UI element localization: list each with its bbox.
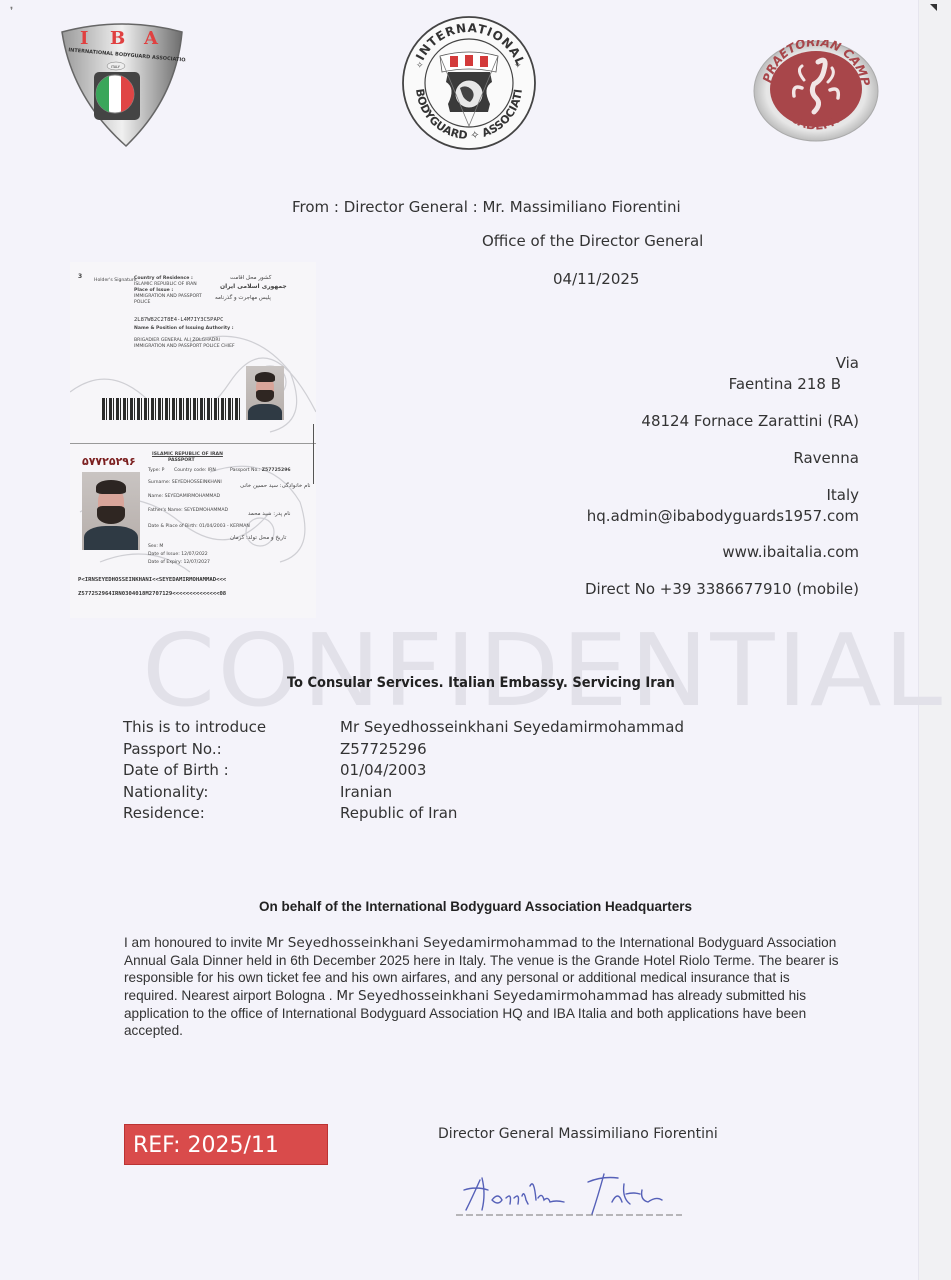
passport-persian-text: نام پدر: سید محمد [248,512,291,518]
from-line: From : Director General : Mr. Massimilia… [292,198,681,216]
passport-residence: ISLAMIC REPUBLIC OF IRAN [134,282,197,288]
passport-sex: Sex: M [148,544,163,550]
passport-father-name: Father's Name: SEYEDMOHAMMAD [148,508,228,514]
passport-edge-line [313,424,314,484]
address-country: Italy [826,486,859,504]
signature [452,1160,702,1220]
svg-text:✧: ✧ [514,61,522,71]
svg-text:A: A [143,28,159,49]
svg-text:ITALY: ITALY [111,65,121,69]
passport-page-divider [70,443,316,444]
passport-small-photo [246,366,284,420]
scan-speck: ❜ [10,6,13,17]
confidential-watermark: CONFIDENTIAL [142,612,944,729]
address-city: Ravenna [793,449,859,467]
detail-row: Date of Birth :01/04/2003 [123,760,684,782]
letter-date: 04/11/2025 [553,270,639,288]
address-street-prefix: Via [836,354,859,372]
applicant-details: This is to introduceMr Seyedhosseinkhani… [123,717,684,825]
passport-type: Type: P [148,468,164,474]
passport-issue-place: IMMIGRATION AND PASSPORT POLICE [134,294,204,305]
passport-page-number: 3 [78,274,82,280]
praetorian-camp-academy-badge: PRAETORIAN CAMP ACADEMY [752,40,880,142]
detail-row: This is to introduceMr Seyedhosseinkhani… [123,717,684,739]
corner-mark [930,4,937,11]
invitee-name: Mr Seyedhosseinkhani Seyedamirmohammad [336,988,648,1004]
passport-persian-text: تاریخ و محل تولد: کرمان [230,536,286,542]
passport-header-sub: PASSPORT [168,458,195,464]
detail-row: Passport No.:Z57725296 [123,739,684,761]
reference-box: REF: 2025/11 [124,1124,328,1165]
passport-given-name: Name: SEYEDAMIRMOHAMMAD [148,494,220,500]
svg-text:✧: ✧ [416,61,424,71]
iba-italy-shield-logo: I B A INTERNATIONAL BODYGUARD ASSOCIATIO… [58,18,186,148]
office-line: Office of the Director General [482,232,703,250]
international-bodyguard-association-seal: INTERNATIONAL BODYGUARD ✧ ASSOCIATION ✧ … [400,14,538,152]
passport-barcode [102,398,242,420]
passport-number: Passport No.: Z57725296 [230,468,291,474]
website-link[interactable]: www.ibaitalia.com [722,543,859,561]
recipient-line: To Consular Services. Italian Embassy. S… [287,675,675,691]
passport-authority: BRIGADIER GENERAL ALI ZOLGHADRI [134,338,220,344]
address-street: Faentina 218 B [729,375,841,393]
passport-persian-text: پلیس مهاجرت و گذرنامه [215,296,271,302]
passport-code-line: 2L87W82C2T8E4-L4M7IY3C5PAPC [134,318,223,324]
passport-authority-label: Name & Position of Issuing Authority : [134,326,234,332]
passport-holder-signature-label: Holder's Signature [94,278,136,284]
passport-authority-position: IMMIGRATION AND PASSPORT POLICE CHIEF [134,344,235,350]
behalf-heading: On behalf of the International Bodyguard… [0,899,951,914]
passport-issue-place-label: Place of Issue : [134,288,173,294]
signatory-name: Director General Massimiliano Fiorentini [438,1126,718,1142]
svg-text:B: B [110,28,125,49]
passport-country-code: Country code: IRN [174,468,216,474]
passport-residence-label: Country of Residence : [134,276,193,282]
invitation-body: I am honoured to invite Mr Seyedhosseink… [124,934,844,1039]
detail-row: Residence:Republic of Iran [123,803,684,825]
invitee-name: Mr Seyedhosseinkhani Seyedamirmohammad [266,935,578,951]
passport-issue-date: Date of Issue: 12/07/2022 [148,552,208,558]
phone-number: Direct No +39 3386677910 (mobile) [585,580,859,598]
passport-main-photo [82,472,140,550]
address-postal: 48124 Fornace Zarattini (RA) [641,412,859,430]
passport-mrz-line-2: Z577252964IRN0304018M2707129<<<<<<<<<<<<… [78,592,226,598]
passport-persian-number: ۵۷۷۲۵۲۹۶ [82,455,136,468]
passport-persian-text: جمهوری اسلامی ایران [220,284,287,290]
passport-country-header: ISLAMIC REPUBLIC OF IRAN [152,452,223,458]
passport-surname: Surname: SEYEDHOSSEINKHANI [148,480,222,486]
svg-text:I: I [80,28,88,49]
passport-mrz-line-1: P<IRNSEYEDHOSSEINKHANI<<SEYEDAMIRMOHAMMA… [78,578,226,584]
passport-birth: Date & Place of Birth: 01/04/2003 - KERM… [148,524,250,530]
detail-row: Nationality:Iranian [123,782,684,804]
passport-expiry-date: Date of Expiry: 12/07/2027 [148,560,210,566]
passport-scan: 3 Holder's Signature Country of Residenc… [70,262,316,618]
passport-persian-text: کشور محل اقامت [230,276,271,282]
email-link[interactable]: hq.admin@ibabodyguards1957.com [587,507,859,525]
passport-persian-text: نام خانوادگی: سید حسین خانی [240,484,311,490]
